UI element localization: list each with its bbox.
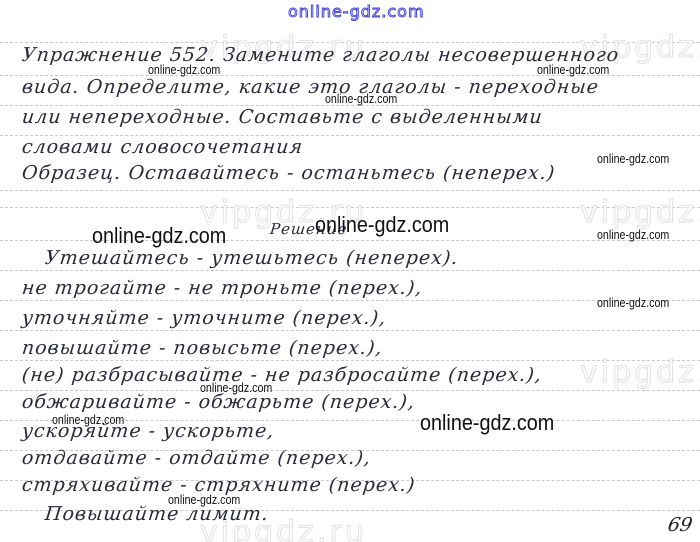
site-watermark: online-gdz.com <box>315 212 449 238</box>
page-number: 69 <box>666 514 694 536</box>
exercise-line: вида. Определите, какие это глаголы - пе… <box>21 76 600 98</box>
solution-line: Утешайтесь - утешьтесь (неперех). <box>44 247 460 269</box>
solution-line: уточняйте - уточните (перех.), <box>21 307 388 329</box>
solution-line: не трогайте - не троньте (перех.), <box>21 277 424 299</box>
site-watermark: online-gdz.com <box>92 223 226 249</box>
ruled-line <box>0 330 700 331</box>
ruled-line <box>0 190 700 191</box>
site-watermark: online-gdz.com <box>597 227 669 242</box>
solution-line: отдавайте - отдайте (перех.), <box>21 447 372 469</box>
exercise-line: или непереходные. Составьте с выделенным… <box>21 106 544 128</box>
site-watermark: online-gdz.com <box>597 151 669 166</box>
site-watermark: online-gdz.com <box>537 62 609 77</box>
solution-line: повышайте - повысьте (перех.), <box>21 337 384 359</box>
ghost-watermark: vipgdz.ru <box>580 355 700 390</box>
site-watermark: online-gdz.com <box>168 492 240 507</box>
ruled-line <box>0 300 700 301</box>
header-watermark: online-gdz.com <box>288 2 425 21</box>
exercise-line: Упражнение 552. Замените глаголы несовер… <box>21 44 620 66</box>
site-watermark: online-gdz.com <box>325 91 397 106</box>
site-watermark: online-gdz.com <box>597 295 669 310</box>
example-line: Образец. Оставайтесь - останьтесь (непер… <box>21 162 557 184</box>
site-watermark: online-gdz.com <box>148 62 220 77</box>
ghost-watermark: vipgdz.ru <box>580 195 700 230</box>
exercise-line: словами словосочетания <box>21 136 304 158</box>
site-watermark: online-gdz.com <box>52 412 124 427</box>
solution-line: (не) разбрасывайте - не разбросайте (пер… <box>21 364 543 386</box>
site-watermark: online-gdz.com <box>420 410 554 436</box>
ruled-line <box>0 270 700 271</box>
site-watermark: online-gdz.com <box>200 380 272 395</box>
